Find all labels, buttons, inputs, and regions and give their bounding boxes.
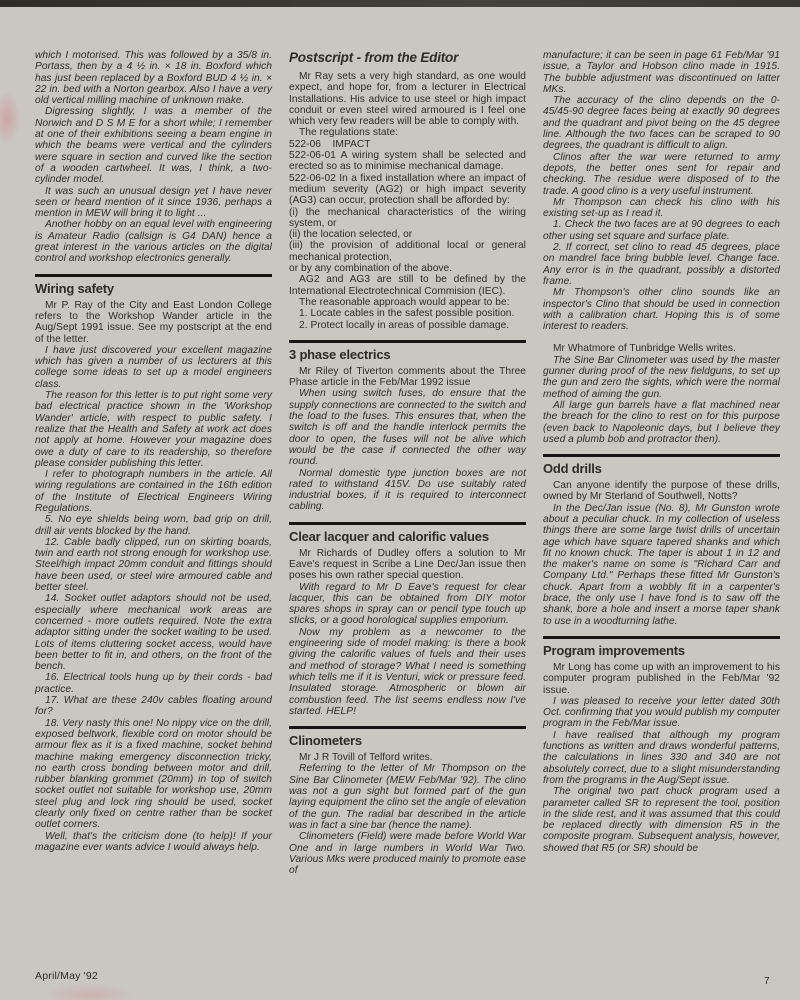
paragraph: The Sine Bar Clinometer was used by the … xyxy=(543,355,780,400)
paragraph: Mr Whatmore of Tunbridge Wells writes. xyxy=(543,343,780,354)
text-column-middle: Postscript - from the EditorMr Ray sets … xyxy=(289,50,526,876)
paragraph: Clinos after the war were returned to ar… xyxy=(543,152,780,197)
paragraph: 1. Check the two faces are at 90 degrees… xyxy=(543,219,780,242)
paragraph: Digressing slightly, I was a member of t… xyxy=(35,106,272,185)
paragraph: 5. No eye shields being worn, bad grip o… xyxy=(35,514,272,537)
text-column-left: which I motorised. This was followed by … xyxy=(35,50,272,853)
paragraph: Mr J R Tovill of Telford writes. xyxy=(289,752,526,763)
paragraph: The reasonable approach would appear to … xyxy=(289,297,526,308)
section-heading: Odd drills xyxy=(543,454,780,476)
page-number: 7 xyxy=(764,976,770,987)
paragraph: Well, that's the criticism done (to help… xyxy=(35,831,272,854)
magazine-page: which I motorised. This was followed by … xyxy=(0,0,800,1000)
paragraph: 1. Locate cables in the safest possible … xyxy=(289,308,526,319)
paragraph: AG2 and AG3 are still to be defined by t… xyxy=(289,274,526,297)
paragraph: (i) the mechanical characteristics of th… xyxy=(289,207,526,230)
paragraph: 2. If correct, set clino to read 45 degr… xyxy=(543,242,780,287)
scan-smudge xyxy=(45,984,135,1000)
paragraph: It was such an unusual design yet I have… xyxy=(35,186,272,220)
paragraph: 12. Cable badly clipped, run on skirting… xyxy=(35,537,272,593)
section-heading: Clear lacquer and calorific values xyxy=(289,522,526,544)
paragraph: With regard to Mr D Eave's request for c… xyxy=(289,582,526,627)
paragraph: Another hobby on an equal level with eng… xyxy=(35,219,272,264)
section-heading: Program improvements xyxy=(543,636,780,658)
scan-edge-band xyxy=(0,0,800,7)
paragraph: Mr Long has come up with an improvement … xyxy=(543,662,780,696)
paragraph: which I motorised. This was followed by … xyxy=(35,50,272,106)
paragraph: Mr P. Ray of the City and East London Co… xyxy=(35,300,272,345)
paragraph: 522-06 IMPACT xyxy=(289,139,526,150)
paragraph: Mr Riley of Tiverton comments about the … xyxy=(289,366,526,389)
paragraph: I refer to photograph numbers in the art… xyxy=(35,469,272,514)
paragraph: When using switch fuses, do ensure that … xyxy=(289,388,526,467)
paragraph: 14. Socket outlet adaptors should not be… xyxy=(35,593,272,672)
section-heading: Wiring safety xyxy=(35,274,272,296)
paragraph: Now my problem as a newcomer to the engi… xyxy=(289,627,526,717)
paragraph: Mr Ray sets a very high standard, as one… xyxy=(289,71,526,127)
paragraph: I have realised that although my program… xyxy=(543,730,780,786)
paragraph: The regulations state: xyxy=(289,127,526,138)
section-heading: 3 phase electrics xyxy=(289,340,526,362)
paragraph: Mr Richards of Dudley offers a solution … xyxy=(289,548,526,582)
paragraph: The accuracy of the clino depends on the… xyxy=(543,95,780,151)
paragraph: Referring to the letter of Mr Thompson o… xyxy=(289,763,526,831)
paragraph: I have just discovered your excellent ma… xyxy=(35,345,272,390)
scan-smudge xyxy=(0,92,20,144)
section-heading: Postscript - from the Editor xyxy=(289,50,526,65)
paragraph: 16. Electrical tools hung up by their co… xyxy=(35,672,272,695)
paragraph: 522-06-02 In a fixed installation where … xyxy=(289,173,526,207)
paragraph: Clinometers (Field) were made before Wor… xyxy=(289,831,526,876)
paragraph: (ii) the location selected, or xyxy=(289,229,526,240)
paragraph: The reason for this letter is to put rig… xyxy=(35,390,272,469)
section-heading: Clinometers xyxy=(289,726,526,748)
paragraph: Can anyone identify the purpose of these… xyxy=(543,480,780,503)
paragraph: In the Dec/Jan issue (No. 8), Mr Gunston… xyxy=(543,503,780,627)
paragraph: Mr Thompson can check his clino with his… xyxy=(543,197,780,220)
paragraph: Mr Thompson's other clino sounds like an… xyxy=(543,287,780,332)
paragraph: 18. Very nasty this one! No nippy vice o… xyxy=(35,718,272,831)
paragraph: 522-06-01 A wiring system shall be selec… xyxy=(289,150,526,173)
paragraph: 2. Protect locally in areas of possible … xyxy=(289,320,526,331)
text-column-right: manufacture; it can be seen in page 61 F… xyxy=(543,50,780,854)
paragraph: Normal domestic type junction boxes are … xyxy=(289,468,526,513)
paragraph: The original two part chuck program used… xyxy=(543,786,780,854)
paragraph: or by any combination of the above. xyxy=(289,263,526,274)
paragraph: manufacture; it can be seen in page 61 F… xyxy=(543,50,780,95)
issue-date: April/May '92 xyxy=(35,970,98,982)
paragraph: (iii) the provision of additional local … xyxy=(289,240,526,263)
paragraph: 17. What are these 240v cables floating … xyxy=(35,695,272,718)
paragraph: I was pleased to receive your letter dat… xyxy=(543,696,780,730)
paragraph: All large gun barrels have a flat machin… xyxy=(543,400,780,445)
